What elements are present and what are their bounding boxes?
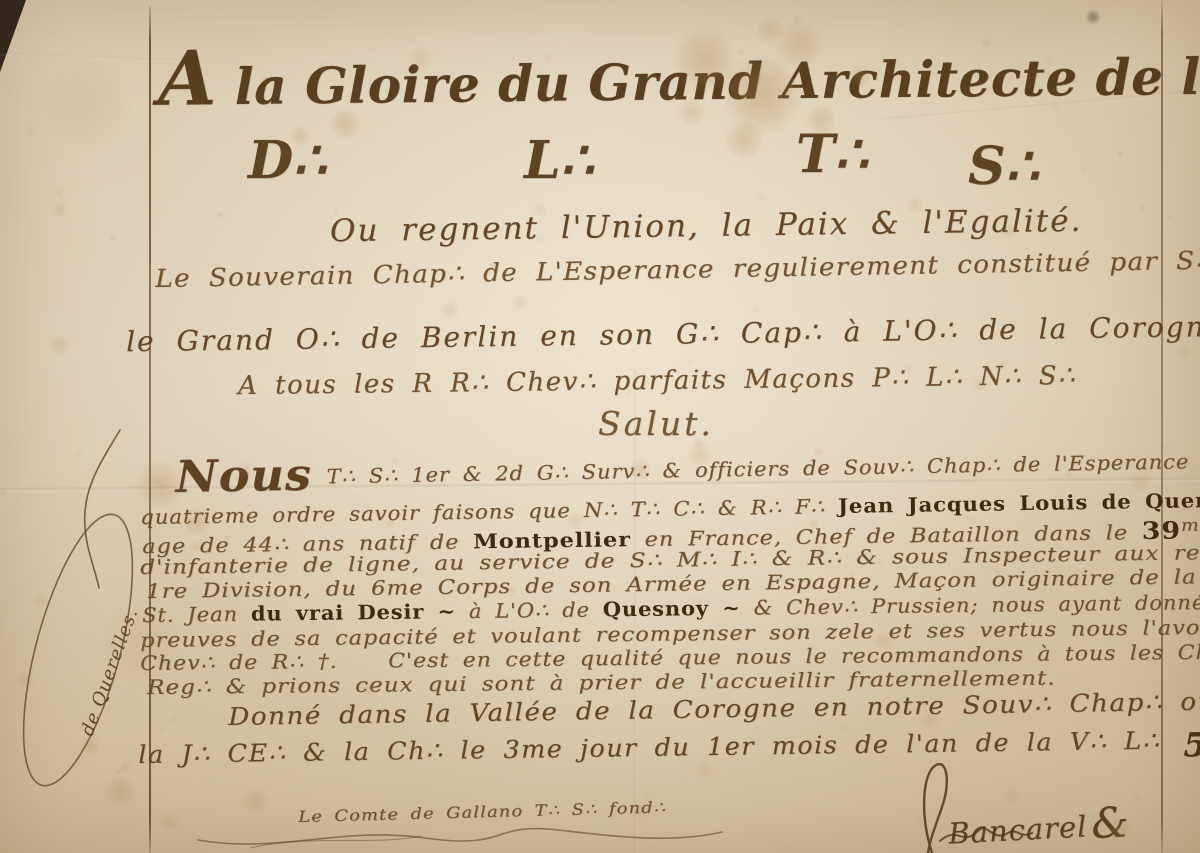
preamble-line-1: Le Souverain Chap∴ de L'Esperance reguli…	[155, 244, 1200, 293]
center-signature-flourish	[870, 755, 1090, 853]
foxing-stain	[688, 360, 693, 365]
foxing-stain	[1134, 794, 1142, 802]
foxing-stain	[441, 301, 459, 319]
lodge-name: du vrai Desir ~	[251, 599, 456, 626]
foxing-stain	[1141, 206, 1145, 210]
foxing-stain	[51, 29, 57, 35]
foxing-stain	[300, 21, 303, 24]
foxing-stain	[1168, 215, 1172, 219]
foxing-stain	[792, 16, 802, 26]
foxing-stain	[646, 794, 649, 797]
masonic-initial-s: S∴	[968, 136, 1039, 197]
preamble-line-3: A tous les R R∴ Chev∴ parfaits Maçons P∴…	[238, 361, 1076, 401]
foxing-stain	[51, 336, 69, 354]
foxing-stain	[160, 728, 163, 731]
foxing-stain	[56, 190, 61, 195]
masonic-year: 5809.	[1183, 724, 1200, 765]
foxing-stain	[725, 121, 763, 159]
foxing-stain	[170, 715, 179, 724]
foxing-stain	[1086, 10, 1100, 24]
lodge-orient: Quesnoy ~	[603, 596, 741, 622]
margin-signature-flourish: de Querelles.	[0, 425, 155, 790]
salutation: Salut.	[598, 404, 714, 443]
body-text: T∴ S∴ 1er & 2d G∴ Surv∴ & officiers de S…	[326, 448, 1200, 489]
foxing-stain	[755, 309, 759, 313]
preamble-line-2: le Grand O∴ de Berlin en son G∴ Cap∴ à L…	[126, 307, 1200, 359]
foxing-stain	[757, 193, 766, 202]
foxing-stain	[218, 212, 223, 217]
foxing-stain	[367, 137, 371, 141]
body-text: à L'O∴ de	[456, 597, 603, 623]
recipient-name: Jean Jacques Louis de Querelles ~	[838, 487, 1200, 518]
foxing-stain	[40, 60, 130, 150]
manuscript-page: A la Gloire du Grand Architecte de l'Uni…	[0, 0, 1200, 853]
motto-line: Ou regnent l'Union, la Paix & l'Egalité.	[330, 203, 1083, 250]
foxing-stain	[109, 234, 115, 240]
foxing-stain	[1178, 345, 1192, 359]
foxing-stain	[1118, 151, 1123, 156]
founder-underline-flourish	[190, 820, 730, 853]
margin-signature-text: de Querelles.	[77, 605, 143, 738]
foxing-stain	[242, 788, 268, 814]
foxing-stain	[581, 354, 586, 359]
foxing-stain	[84, 20, 88, 24]
opening-capital: Nous	[175, 450, 312, 503]
foxing-stain	[160, 812, 180, 832]
foxing-stain	[26, 126, 36, 136]
ordinal-suffix: me	[1181, 515, 1200, 534]
body-text: Chev∴ de R∴ †.	[140, 649, 338, 675]
foxing-stain	[848, 432, 852, 436]
ampersand-flourish: &	[1090, 797, 1131, 848]
document-title: A la Gloire du Grand Architecte de l'Uni…	[158, 21, 1200, 123]
masonic-initial-l: L∴	[524, 130, 594, 191]
foxing-stain	[696, 761, 714, 779]
masonic-initial-d: D∴	[248, 130, 326, 191]
photo-corner-shadow	[0, 0, 26, 72]
foxing-stain	[53, 203, 67, 217]
masonic-initial-t: T∴	[796, 124, 868, 185]
foxing-stain	[512, 294, 528, 310]
body-text: St. Jean	[142, 602, 251, 627]
foxing-stain	[1083, 168, 1086, 171]
